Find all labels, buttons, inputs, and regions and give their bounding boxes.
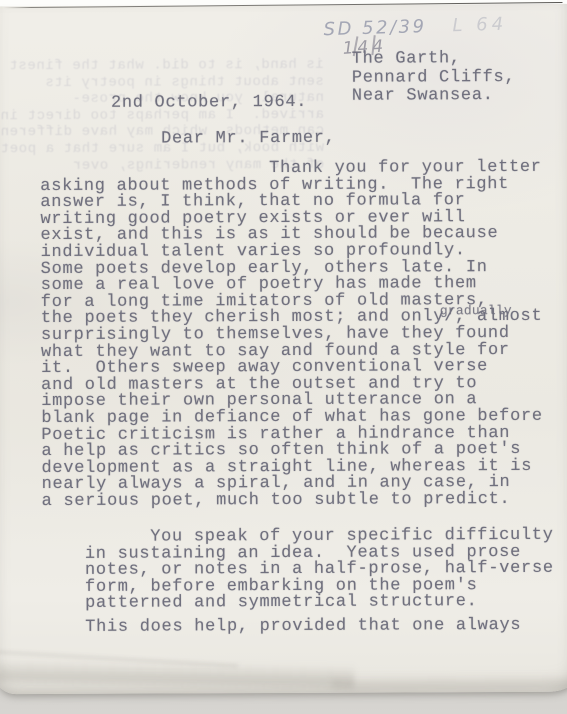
body-paragraph-1: Thank you for your letterasking about me… <box>40 160 543 511</box>
archive-ref-faint: L 64 <box>452 14 507 37</box>
text-line: Near Swansea. <box>352 87 516 106</box>
body-closing-line: This does help, provided that one always <box>85 618 521 636</box>
text-line: Pennard Cliffs, <box>352 69 516 88</box>
text-line: a serious poet, much too subtle to predi… <box>42 492 544 511</box>
sender-address: The Garth,Pennard Cliffs,Near Swansea. <box>352 50 516 106</box>
paper-top-edge <box>4 2 563 9</box>
text-line: The Garth, <box>352 50 516 69</box>
text-line: sent about things in poetry its <box>24 73 324 91</box>
bleed-through-text: is hand, is to did. what the finestsent … <box>24 57 325 174</box>
archive-reference-pencil: SD 52/39L 64 <box>323 14 507 41</box>
letter-page: is hand, is to did. what the finestsent … <box>0 4 567 695</box>
text-line: patterned and symmetrical structure. <box>85 594 554 613</box>
letter-date: 2nd October, 1964. <box>111 95 307 112</box>
paper-bottom-curl-right <box>331 674 567 691</box>
salutation: Dear Mr. Farmer, <box>161 131 336 148</box>
typed-insertion-gradually: gradually <box>440 303 512 320</box>
letter-scan: is hand, is to did. what the finestsent … <box>0 0 567 714</box>
body-paragraph-2: You speak of your specific difficultyin … <box>85 528 554 613</box>
text-line: is hand, is to did. what the finest <box>24 57 324 75</box>
